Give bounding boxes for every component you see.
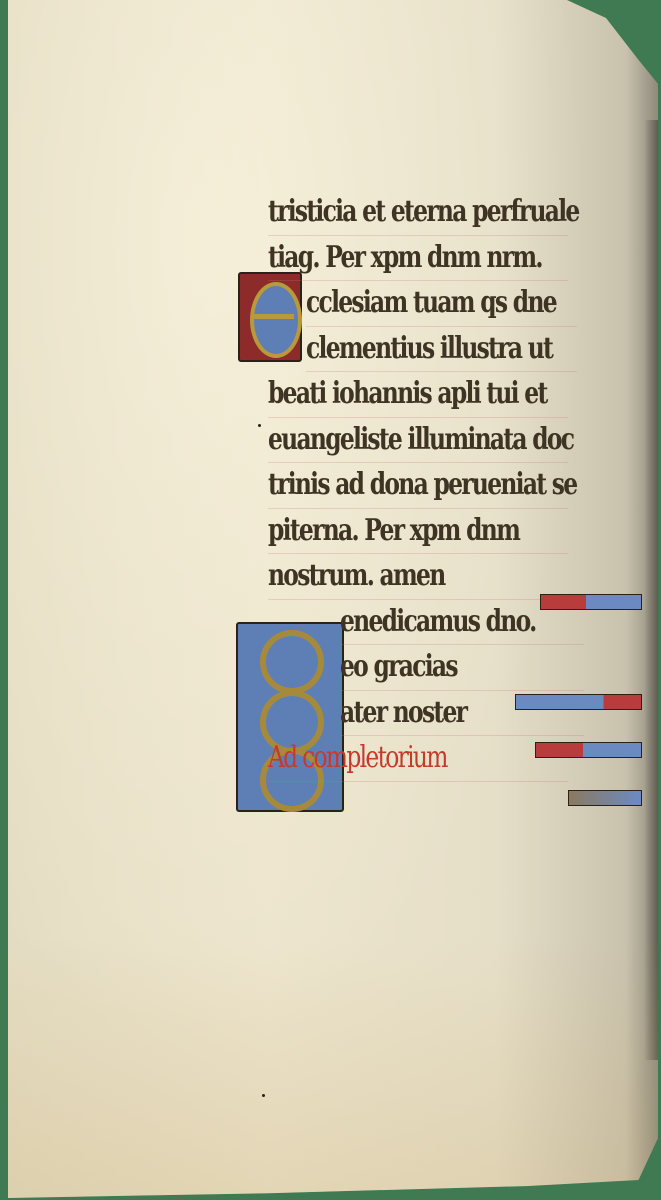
text-block: tristicia et eterna perfruale tiag. Per …: [268, 190, 653, 782]
line-filler-4: [568, 790, 642, 806]
ink-speck: [262, 1094, 265, 1097]
text-line-3: cclesiam tuam qs dne: [306, 281, 577, 327]
text-line-4: clementius illustra ut: [306, 327, 577, 373]
text-line-6: euangeliste illuminata doc: [268, 418, 568, 464]
rubric-line: Ad completorium: [268, 736, 568, 782]
text-line-8: piterna. Per xpm dnm: [268, 509, 568, 555]
text-line-1: tristicia et eterna perfruale: [268, 190, 568, 236]
text-line-5: beati iohannis apli tui et: [268, 372, 568, 418]
text-line-2: tiag. Per xpm dnm nrm.: [268, 236, 568, 282]
text-line-11: eo gracias: [340, 645, 584, 691]
text-line-9: nostrum. amen: [268, 554, 568, 600]
line-filler-1: [540, 594, 642, 610]
line-filler-2: [515, 694, 642, 710]
ink-speck: [258, 424, 261, 427]
line-filler-3: [535, 742, 642, 758]
text-line-7: trinis ad dona perueniat se: [268, 463, 568, 509]
